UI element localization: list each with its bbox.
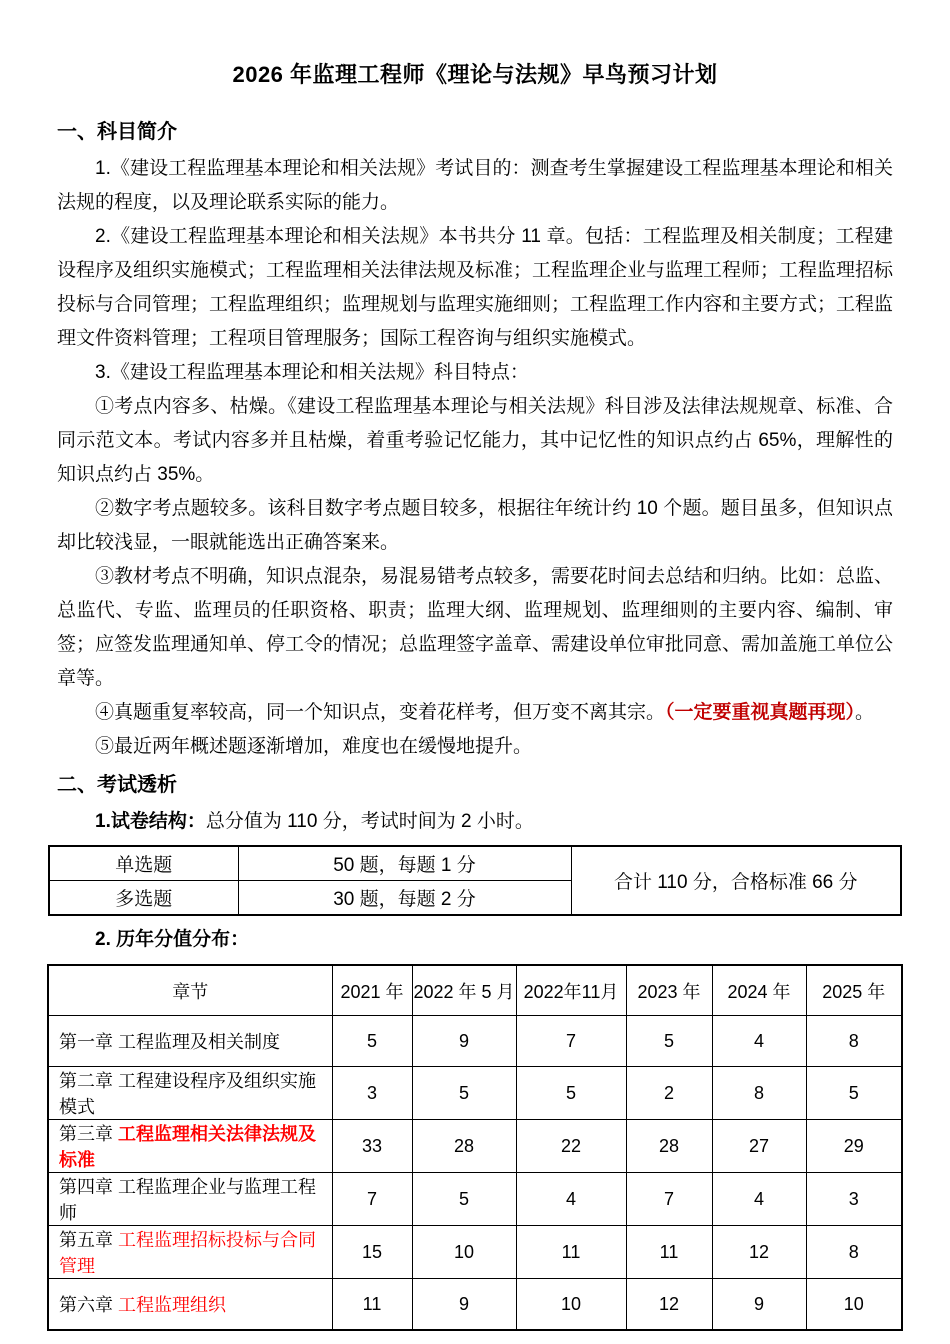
score-cell: 11 [516,1226,626,1279]
table-header-row: 章节 2021 年 2022 年 5 月 2022年11月 2023 年 202… [48,965,902,1016]
score-cell: 3 [806,1173,902,1226]
score-cell: 8 [806,1226,902,1279]
score-distribution-table: 章节 2021 年 2022 年 5 月 2022年11月 2023 年 202… [47,964,903,1331]
header-year-2021: 2021 年 [332,965,412,1016]
paper-structure-text: 总分值为 110 分，考试时间为 2 小时。 [206,811,534,832]
paper-structure-label: 1.试卷结构： [95,811,206,832]
table-row: 第二章 工程建设程序及组织实施模式 3 5 5 2 8 5 [48,1067,902,1120]
score-cell: 10 [806,1279,902,1331]
score-cell: 7 [332,1173,412,1226]
section-exam-heading: 二、考试透析 [57,768,893,797]
header-year-2023: 2023 年 [626,965,712,1016]
table-row: 第四章 工程监理企业与监理工程师 7 5 4 7 4 3 [48,1173,902,1226]
header-year-2024: 2024 年 [712,965,806,1016]
score-cell: 22 [516,1120,626,1173]
question-type-cell: 多选题 [49,881,238,916]
chapter-cell: 第二章 工程建设程序及组织实施模式 [48,1067,332,1120]
header-year-2025: 2025 年 [806,965,902,1016]
question-type-cell: 单选题 [49,846,238,881]
document-page: 2026 年监理工程师《理论与法规》早鸟预习计划 一、科目简介 1.《建设工程监… [0,0,950,1344]
score-cell: 7 [626,1173,712,1226]
header-year-2022-05: 2022 年 5 月 [412,965,516,1016]
score-cell: 9 [412,1279,516,1331]
paper-structure-line: 1.试卷结构：总分值为 110 分，考试时间为 2 小时。 [57,805,893,839]
question-detail-cell: 30 题，每题 2 分 [238,881,571,916]
paragraph-feature-2: ②数字考点题较多。该科目数字考点题目较多，根据往年统计约 10 个题。题目虽多，… [57,492,893,560]
score-cell: 5 [516,1067,626,1120]
score-cell: 12 [626,1279,712,1331]
table-row: 第六章 工程监理组织 11 9 10 12 9 10 [48,1279,902,1331]
score-cell: 33 [332,1120,412,1173]
score-cell: 28 [626,1120,712,1173]
chapter-cell: 第五章 工程监理招标投标与合同管理 [48,1226,332,1279]
feature-4-period: 。 [855,702,874,723]
paragraph-feature-5: ⑤最近两年概述题逐渐增加，难度也在缓慢地提升。 [57,730,893,764]
score-cell: 10 [516,1279,626,1331]
score-cell: 11 [626,1226,712,1279]
score-cell: 15 [332,1226,412,1279]
paper-structure-table: 单选题 50 题，每题 1 分 合计 110 分，合格标准 66 分 多选题 3… [48,845,902,916]
section-intro-heading: 一、科目简介 [57,115,893,144]
score-cell: 29 [806,1120,902,1173]
paragraph-book-chapters: 2.《建设工程监理基本理论和相关法规》本书共分 11 章。包括：工程监理及相关制… [57,220,893,356]
score-cell: 5 [332,1016,412,1067]
score-cell: 11 [332,1279,412,1331]
score-cell: 5 [626,1016,712,1067]
score-cell: 12 [712,1226,806,1279]
score-cell: 27 [712,1120,806,1173]
chapter-number: 第五章 [59,1230,113,1250]
table-row: 第三章 工程监理相关法律法规及标准 33 28 22 28 27 29 [48,1120,902,1173]
score-cell: 9 [712,1279,806,1331]
feature-4-highlight: （一定要重视真题再现） [665,702,855,723]
paragraph-feature-3: ③教材考点不明确，知识点混杂，易混易错考点较多，需要花时间去总结和归纳。比如：总… [57,560,893,696]
score-cell: 5 [412,1067,516,1120]
chapter-number: 第三章 [59,1124,113,1144]
score-cell: 5 [806,1067,902,1120]
score-cell: 4 [516,1173,626,1226]
score-cell: 9 [412,1016,516,1067]
paragraph-feature-1: ①考点内容多、枯燥。《建设工程监理基本理论与相关法规》科目涉及法律法规规章、标准… [57,390,893,492]
score-cell: 10 [412,1226,516,1279]
feature-4-text: ④真题重复率较高，同一个知识点，变着花样考，但万变不离其宗。 [95,702,665,723]
score-cell: 7 [516,1016,626,1067]
total-score-cell: 合计 110 分，合格标准 66 分 [571,846,901,915]
chapter-title-highlighted: 工程监理组织 [118,1295,226,1315]
paragraph-exam-purpose: 1.《建设工程监理基本理论和相关法规》考试目的：测查考生掌握建设工程监理基本理论… [57,152,893,220]
score-cell: 4 [712,1016,806,1067]
score-cell: 8 [806,1016,902,1067]
score-cell: 5 [412,1173,516,1226]
table-row: 第一章 工程监理及相关制度 5 9 7 5 4 8 [48,1016,902,1067]
chapter-cell: 第四章 工程监理企业与监理工程师 [48,1173,332,1226]
question-detail-cell: 50 题，每题 1 分 [238,846,571,881]
table-row: 单选题 50 题，每题 1 分 合计 110 分，合格标准 66 分 [49,846,901,881]
score-cell: 28 [412,1120,516,1173]
score-cell: 8 [712,1067,806,1120]
chapter-title: 工程监理及相关制度 [118,1032,280,1052]
chapter-cell: 第三章 工程监理相关法律法规及标准 [48,1120,332,1173]
paragraph-feature-4: ④真题重复率较高，同一个知识点，变着花样考，但万变不离其宗。（一定要重视真题再现… [57,696,893,730]
page-title: 2026 年监理工程师《理论与法规》早鸟预习计划 [57,58,893,89]
distribution-heading: 2. 历年分值分布： [57,924,893,956]
paragraph-subject-features: 3.《建设工程监理基本理论和相关法规》科目特点： [57,356,893,390]
chapter-cell: 第一章 工程监理及相关制度 [48,1016,332,1067]
score-cell: 3 [332,1067,412,1120]
score-cell: 4 [712,1173,806,1226]
chapter-number: 第二章 [59,1071,113,1091]
table-row: 第五章 工程监理招标投标与合同管理 15 10 11 11 12 8 [48,1226,902,1279]
chapter-number: 第一章 [59,1032,113,1052]
chapter-number: 第四章 [59,1177,113,1197]
header-chapter: 章节 [48,965,332,1016]
chapter-cell: 第六章 工程监理组织 [48,1279,332,1331]
score-cell: 2 [626,1067,712,1120]
header-year-2022-11: 2022年11月 [516,965,626,1016]
chapter-number: 第六章 [59,1295,113,1315]
